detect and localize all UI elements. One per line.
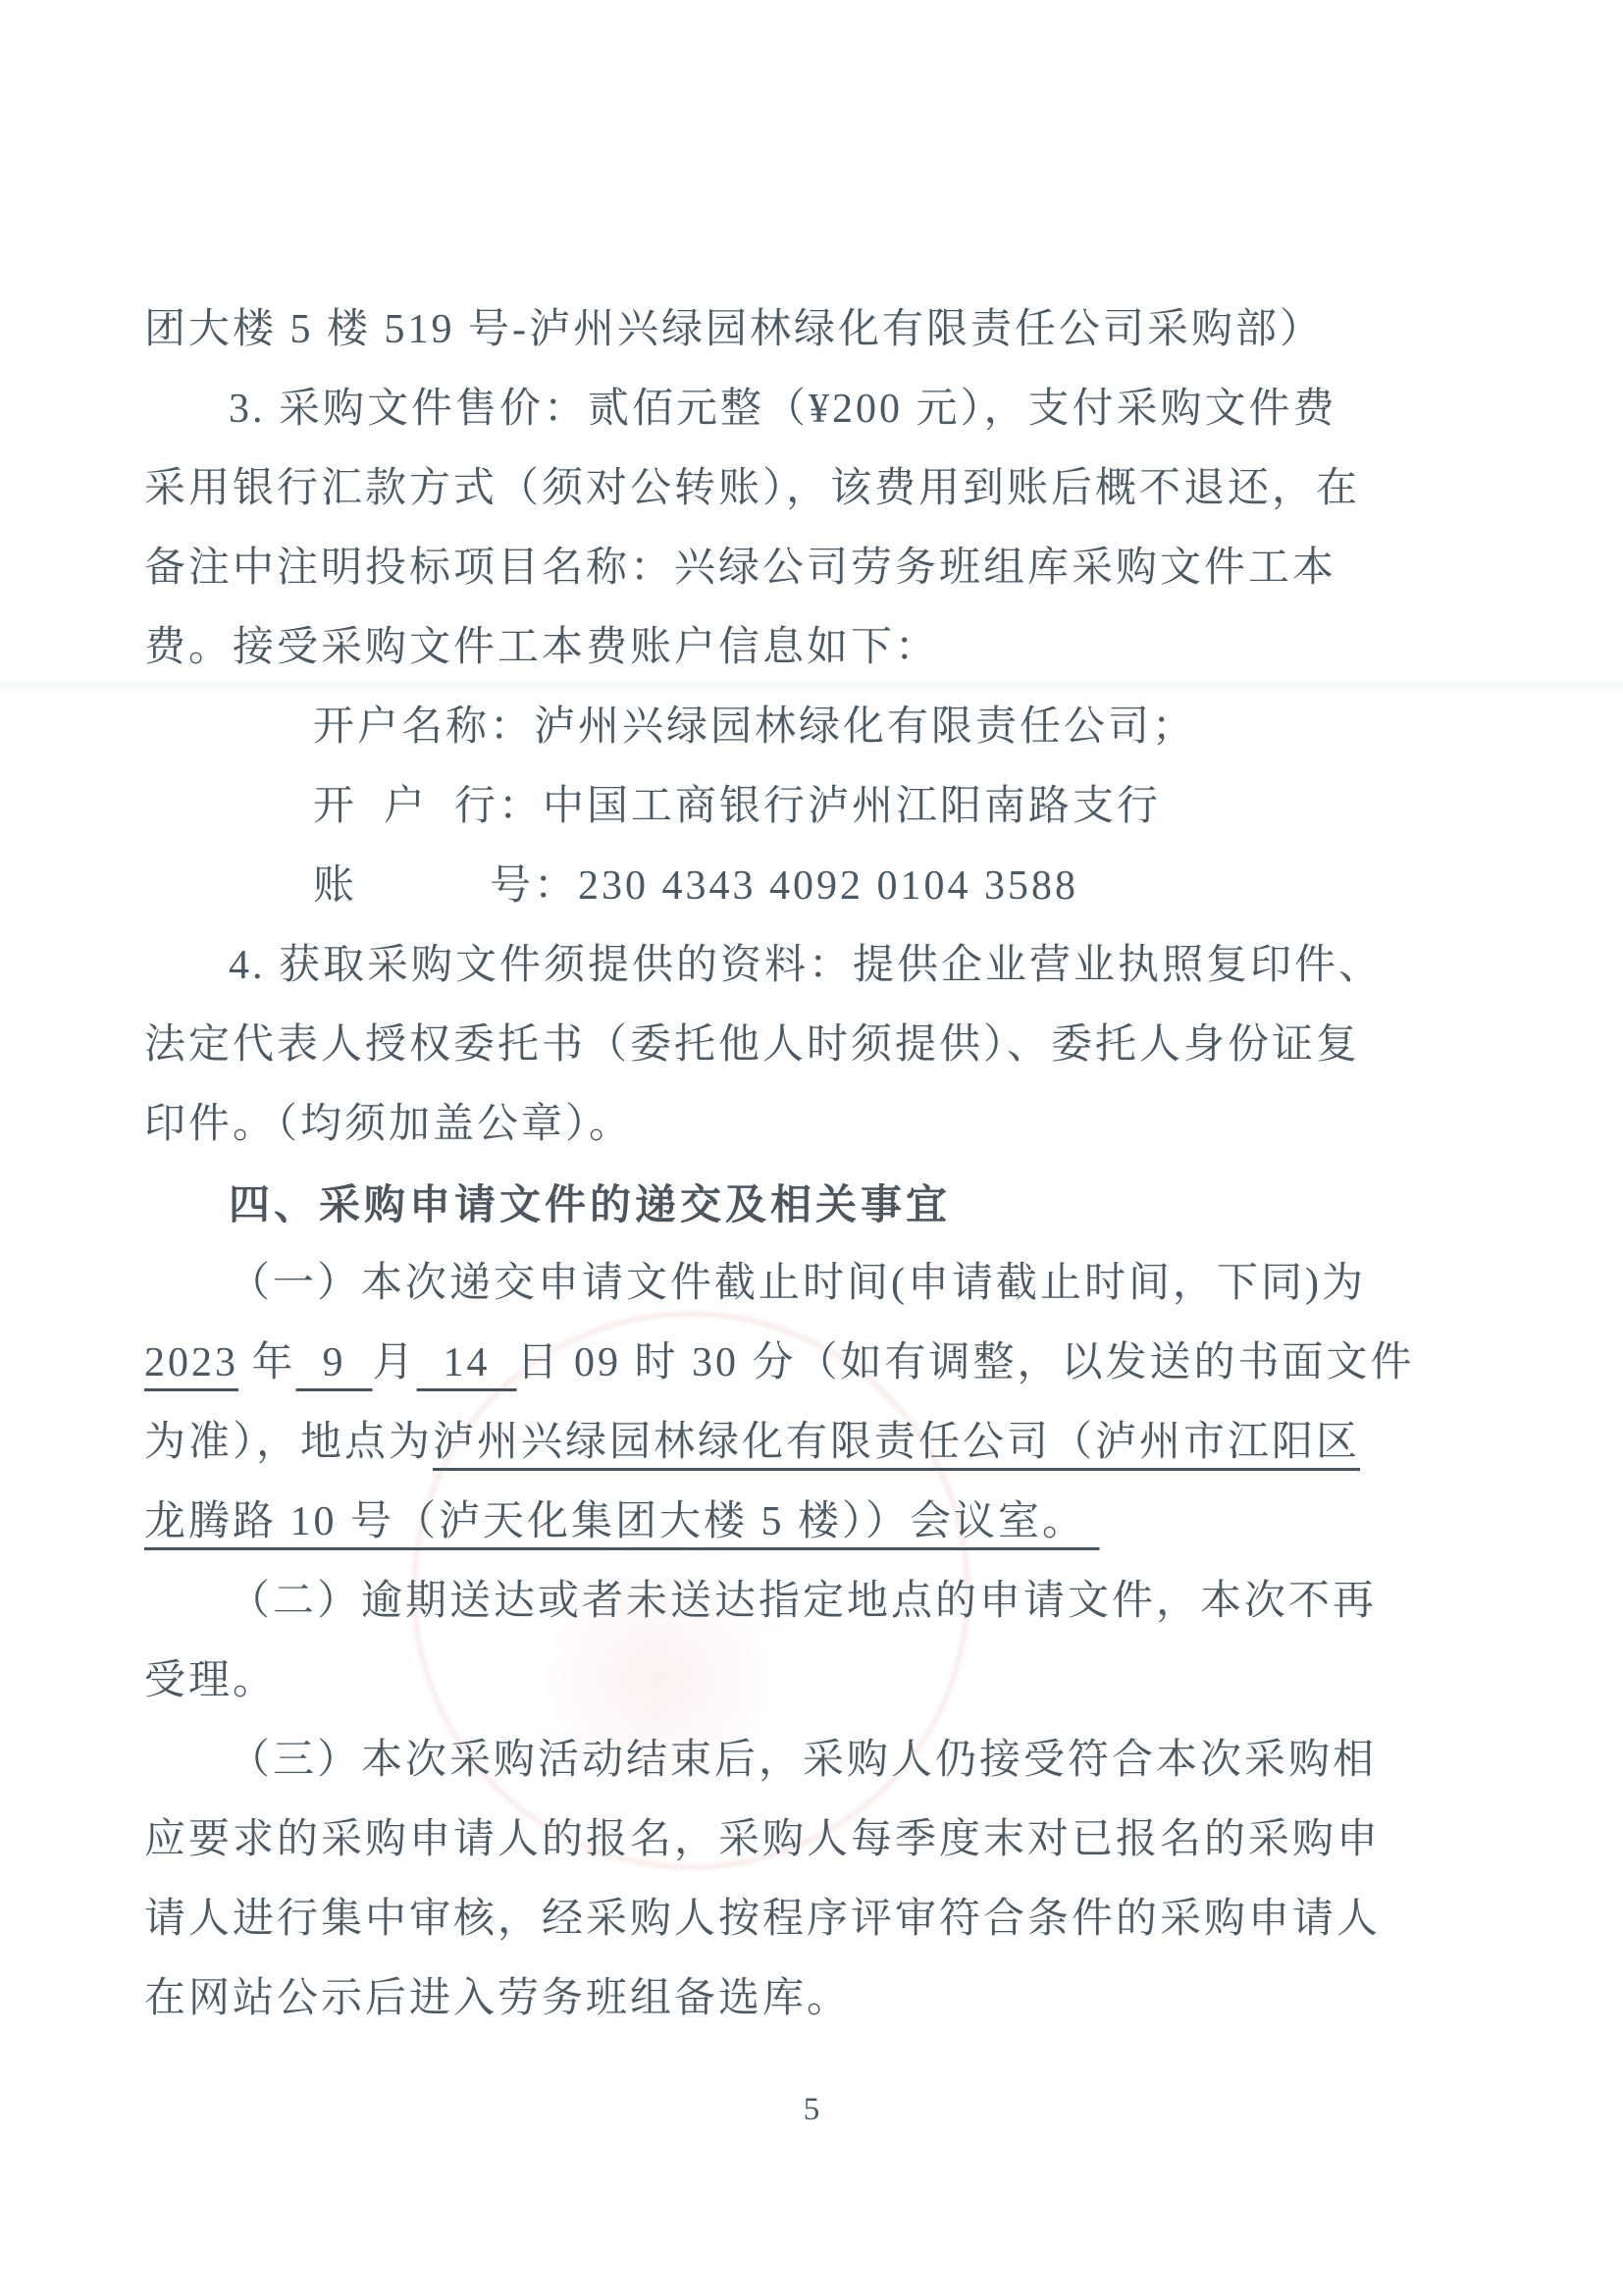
text-segment: 请人进行集中审核，经采购人按程序评审符合条件的采购申请人 — [144, 1897, 1381, 1942]
document-body: 团大楼 5 楼 519 号-泸州兴绿园林绿化有限责任公司采购部）3. 采购文件售… — [144, 290, 1498, 2039]
text-line: 应要求的采购申请人的报名，采购人每季度末对已报名的采购申 — [144, 1800, 1498, 1880]
underlined-text-segment: 泸州兴绿园林绿化有限责任公司（泸州市江阳区 — [433, 1420, 1360, 1465]
text-segment: 受理。 — [144, 1658, 277, 1703]
text-segment: 印件。（均须加盖公章）。 — [144, 1102, 633, 1147]
text-line: 团大楼 5 楼 519 号-泸州兴绿园林绿化有限责任公司采购部） — [144, 290, 1498, 370]
text-line: 3. 采购文件售价：贰佰元整（¥200 元），支付采购文件费 — [144, 370, 1498, 449]
text-line: 在网站公示后进入劳务班组备选库。 — [144, 1959, 1498, 2039]
text-line: （一）本次递交申请文件截止时间(申请截止时间，下同)为 — [144, 1244, 1498, 1324]
text-line: 账 号：230 4343 4092 0104 3588 — [144, 847, 1498, 926]
text-line: 费。接受采购文件工本费账户信息如下： — [144, 608, 1498, 688]
text-line: 受理。 — [144, 1642, 1498, 1721]
document-page: 团大楼 5 楼 519 号-泸州兴绿园林绿化有限责任公司采购部）3. 采购文件售… — [0, 0, 1623, 2296]
text-line: 2023 年 9 月 14 日 09 时 30 分（如有调整，以发送的书面文件 — [144, 1324, 1498, 1403]
page-number: 5 — [0, 2092, 1623, 2128]
text-segment: 四、采购申请文件的递交及相关事宜 — [229, 1181, 951, 1227]
text-segment: 日 09 时 30 分（如有调整，以发送的书面文件 — [517, 1340, 1415, 1385]
underlined-text-segment: 龙腾路 10 号（泸天化集团大楼 5 楼））会议室。 — [144, 1499, 1100, 1544]
text-line: 龙腾路 10 号（泸天化集团大楼 5 楼））会议室。 — [144, 1483, 1498, 1562]
text-line: 备注中注明投标项目名称：兴绿公司劳务班组库采购文件工本 — [144, 529, 1498, 608]
text-line: 开户名称：泸州兴绿园林绿化有限责任公司； — [144, 688, 1498, 767]
section-heading: 四、采购申请文件的递交及相关事宜 — [144, 1165, 1498, 1244]
underlined-text-segment: 2023 — [144, 1340, 238, 1385]
text-segment: 3. 采购文件售价：贰佰元整（¥200 元），支付采购文件费 — [229, 387, 1337, 432]
text-line: 请人进行集中审核，经采购人按程序评审符合条件的采购申请人 — [144, 1880, 1498, 1959]
text-segment: 团大楼 5 楼 519 号-泸州兴绿园林绿化有限责任公司采购部） — [144, 307, 1324, 352]
text-segment: 采用银行汇款方式（须对公转账），该费用到账后概不退还，在 — [144, 466, 1360, 511]
text-line: 印件。（均须加盖公章）。 — [144, 1085, 1498, 1165]
text-line: 法定代表人授权委托书（委托他人时须提供）、委托人身份证复 — [144, 1006, 1498, 1085]
underlined-text-segment: 9 — [296, 1340, 373, 1385]
text-segment: 月 — [373, 1340, 417, 1385]
text-segment: 为准），地点为 — [144, 1420, 433, 1465]
text-line: 采用银行汇款方式（须对公转账），该费用到账后概不退还，在 — [144, 449, 1498, 529]
text-segment: （一）本次递交申请文件截止时间(申请截止时间，下同)为 — [229, 1261, 1366, 1306]
underlined-text-segment: 14 — [417, 1340, 517, 1385]
text-segment: 开户名称：泸州兴绿园林绿化有限责任公司； — [313, 704, 1196, 750]
text-segment: 费。接受采购文件工本费账户信息如下： — [144, 625, 939, 670]
text-segment: 应要求的采购申请人的报名，采购人每季度末对已报名的采购申 — [144, 1817, 1381, 1862]
text-segment: （三）本次采购活动结束后，采购人仍接受符合本次采购相 — [229, 1738, 1377, 1783]
text-segment: 备注中注明投标项目名称：兴绿公司劳务班组库采购文件工本 — [144, 546, 1336, 591]
text-line: 开 户 行：中国工商银行泸州江阳南路支行 — [144, 767, 1498, 847]
text-segment: （二）逾期送达或者未送达指定地点的申请文件，本次不再 — [229, 1579, 1377, 1624]
text-segment: 年 — [238, 1340, 296, 1385]
text-line: （二）逾期送达或者未送达指定地点的申请文件，本次不再 — [144, 1562, 1498, 1642]
text-segment: 在网站公示后进入劳务班组备选库。 — [144, 1976, 851, 2021]
text-line: 4. 获取采购文件须提供的资料：提供企业营业执照复印件、 — [144, 926, 1498, 1006]
text-line: （三）本次采购活动结束后，采购人仍接受符合本次采购相 — [144, 1721, 1498, 1800]
text-segment: 法定代表人授权委托书（委托他人时须提供）、委托人身份证复 — [144, 1022, 1360, 1068]
text-segment: 账 号：230 4343 4092 0104 3588 — [313, 863, 1078, 909]
text-segment: 开 户 行：中国工商银行泸州江阳南路支行 — [313, 784, 1161, 829]
text-segment: 4. 获取采购文件须提供的资料：提供企业营业执照复印件、 — [229, 943, 1383, 988]
text-line: 为准），地点为泸州兴绿园林绿化有限责任公司（泸州市江阳区 — [144, 1403, 1498, 1483]
